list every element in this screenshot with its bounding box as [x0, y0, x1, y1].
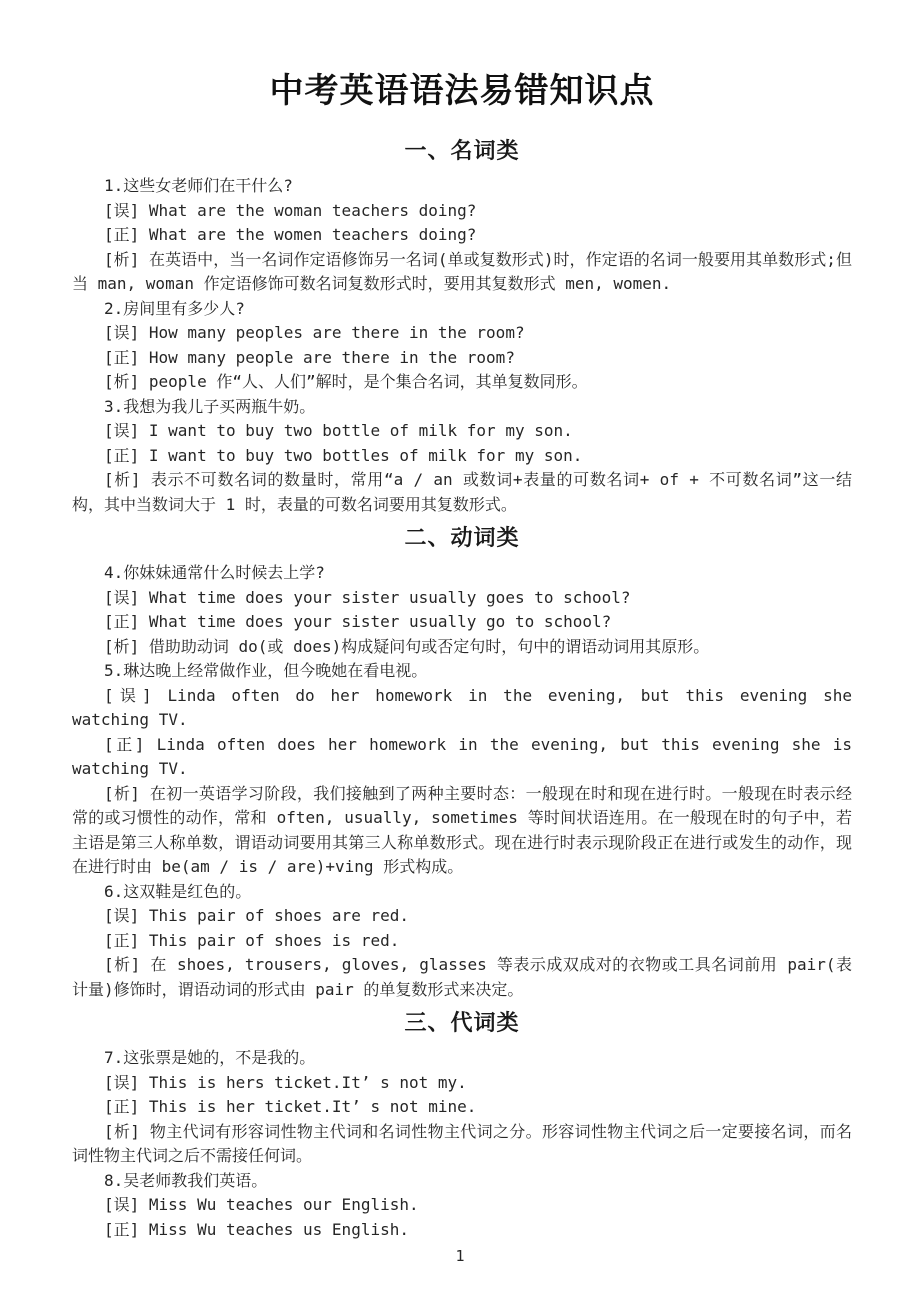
document-title: 中考英语语法易错知识点 — [72, 72, 852, 110]
analysis-line: [析] 在初一英语学习阶段，我们接触到了两种主要时态：一般现在时和现在进行时。一… — [72, 782, 852, 880]
section-verbs: 二、动词类 4.你妹妹通常什么时候去上学? [误] What time does… — [72, 525, 852, 1002]
wrong-example-line: [误] Linda often do her homework in the e… — [72, 684, 852, 733]
wrong-example-line: [误] Miss Wu teaches our English. — [72, 1193, 852, 1218]
wrong-example-line: [误] How many peoples are there in the ro… — [72, 321, 852, 346]
question-line: 6.这双鞋是红色的。 — [72, 880, 852, 905]
question-line: 2.房间里有多少人? — [72, 297, 852, 322]
section-heading-pronouns: 三、代词类 — [72, 1010, 852, 1038]
analysis-line: [析] 物主代词有形容词性物主代词和名词性物主代词之分。形容词性物主代词之后一定… — [72, 1120, 852, 1169]
correct-example-line: [正] This pair of shoes is red. — [72, 929, 852, 954]
page-number: 1 — [0, 1248, 920, 1264]
question-line: 1.这些女老师们在干什么? — [72, 174, 852, 199]
question-line: 8.吴老师教我们英语。 — [72, 1169, 852, 1194]
analysis-line: [析] 在 shoes, trousers, gloves, glasses 等… — [72, 953, 852, 1002]
correct-example-line: [正] How many people are there in the roo… — [72, 346, 852, 371]
question-line: 7.这张票是她的，不是我的。 — [72, 1046, 852, 1071]
section-nouns: 一、名词类 1.这些女老师们在干什么? [误] What are the wom… — [72, 138, 852, 517]
section-pronouns: 三、代词类 7.这张票是她的，不是我的。 [误] This is hers ti… — [72, 1010, 852, 1242]
section-heading-verbs: 二、动词类 — [72, 525, 852, 553]
question-line: 3.我想为我儿子买两瓶牛奶。 — [72, 395, 852, 420]
section-heading-nouns: 一、名词类 — [72, 138, 852, 166]
correct-example-line: [正] This is her ticket.It’ s not mine. — [72, 1095, 852, 1120]
correct-example-line: [正] What are the women teachers doing? — [72, 223, 852, 248]
analysis-line: [析] 借助助动词 do(或 does)构成疑问句或否定句时，句中的谓语动词用其… — [72, 635, 852, 660]
wrong-example-line: [误] What are the woman teachers doing? — [72, 199, 852, 224]
analysis-line: [析] people 作“人、人们”解时，是个集合名词，其单复数同形。 — [72, 370, 852, 395]
analysis-line: [析] 表示不可数名词的数量时，常用“a / an 或数词+表量的可数名词+ o… — [72, 468, 852, 517]
document-page: 中考英语语法易错知识点 一、名词类 1.这些女老师们在干什么? [误] What… — [0, 0, 920, 1302]
question-line: 4.你妹妹通常什么时候去上学? — [72, 561, 852, 586]
correct-example-line: [正] Linda often does her homework in the… — [72, 733, 852, 782]
analysis-line: [析] 在英语中，当一名词作定语修饰另一名词(单或复数形式)时，作定语的名词一般… — [72, 248, 852, 297]
correct-example-line: [正] Miss Wu teaches us English. — [72, 1218, 852, 1243]
wrong-example-line: [误] What time does your sister usually g… — [72, 586, 852, 611]
correct-example-line: [正] I want to buy two bottles of milk fo… — [72, 444, 852, 469]
question-line: 5.琳达晚上经常做作业，但今晚她在看电视。 — [72, 659, 852, 684]
wrong-example-line: [误] I want to buy two bottle of milk for… — [72, 419, 852, 444]
wrong-example-line: [误] This pair of shoes are red. — [72, 904, 852, 929]
correct-example-line: [正] What time does your sister usually g… — [72, 610, 852, 635]
wrong-example-line: [误] This is hers ticket.It’ s not my. — [72, 1071, 852, 1096]
